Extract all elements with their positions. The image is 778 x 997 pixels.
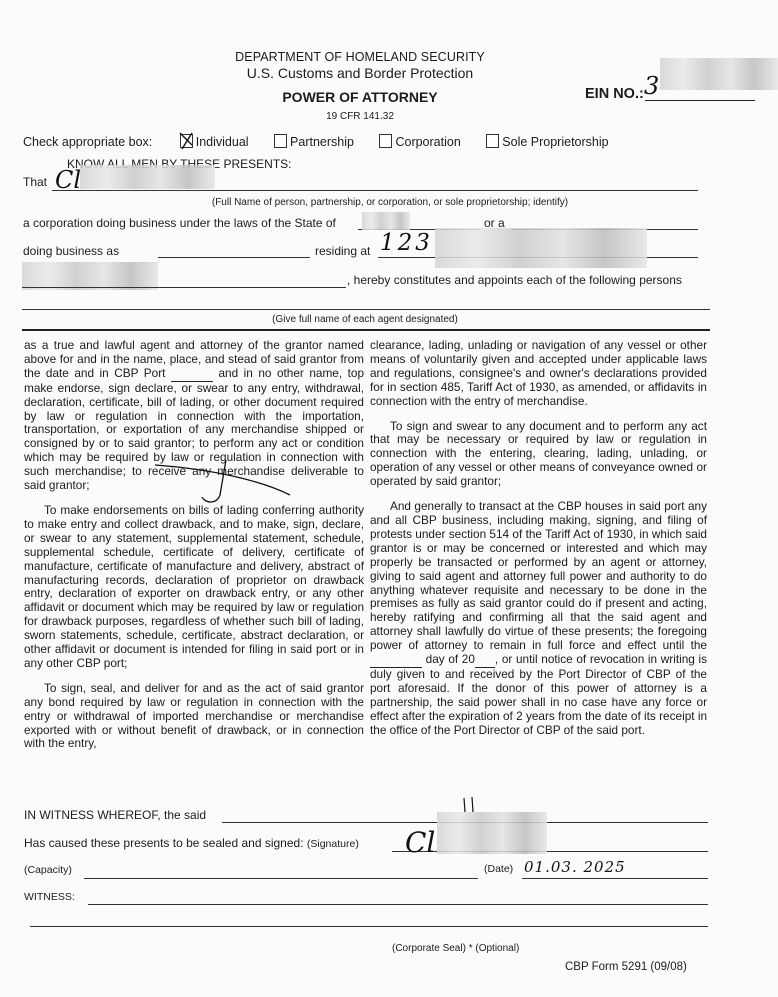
body-right-column: clearance, lading, unlading or navigatio… — [370, 339, 707, 748]
residing-label: residing at — [315, 244, 370, 258]
redacted-signature — [437, 812, 547, 854]
signature-flourish — [460, 796, 480, 814]
clause-general: And generally to transact at the CBP hou… — [370, 500, 707, 737]
agency-name: U.S. Customs and Border Protection — [0, 65, 720, 81]
ein-label: EIN NO.: — [585, 86, 644, 102]
redacted-grantor-name — [80, 165, 215, 189]
signature-handwritten: Cl — [405, 826, 435, 859]
ein-field[interactable] — [645, 100, 755, 101]
capacity-field[interactable] — [84, 878, 478, 879]
corporate-seal-note: (Corporate Seal) * (Optional) — [392, 943, 519, 954]
option-individual[interactable]: Individual — [180, 134, 249, 149]
agent-caption: (Give full name of each agent designated… — [0, 314, 730, 325]
body-left-column: as a true and lawful agent and attorney … — [24, 339, 364, 762]
clause-endorsements: To make endorsements on bills of lading … — [24, 504, 364, 671]
clause-declarations: clearance, lading, unlading or navigatio… — [370, 339, 707, 409]
address-field-2[interactable] — [22, 287, 346, 288]
checkbox-individual[interactable] — [180, 134, 193, 148]
grantor-name-field[interactable] — [52, 190, 698, 191]
expiry-year-field[interactable] — [475, 653, 495, 668]
expiry-day-field[interactable] — [370, 653, 422, 668]
witness-whereof-label: IN WITNESS WHEREOF, the said — [24, 808, 206, 822]
appoints-text: , hereby constitutes and appoints each o… — [347, 273, 682, 287]
date-field[interactable] — [522, 878, 708, 879]
sealed-signed-label: Has caused these presents to be sealed a… — [24, 836, 359, 850]
option-sole-proprietorship[interactable]: Sole Proprietorship — [486, 134, 608, 149]
clause-bonds: To sign, seal, and deliver for and as th… — [24, 682, 364, 752]
checkbox-corporation[interactable] — [379, 134, 392, 148]
redacted-address-cont — [22, 262, 158, 290]
option-partnership[interactable]: Partnership — [274, 134, 354, 149]
cbp-port-field[interactable] — [171, 367, 213, 382]
checkbox-sole-proprietorship[interactable] — [486, 134, 499, 148]
redacted-ein — [660, 58, 778, 90]
state-label: a corporation doing business under the l… — [23, 216, 336, 230]
dba-label: doing business as — [23, 244, 119, 258]
agent-names-field[interactable] — [22, 309, 710, 310]
grantor-name-handwritten: Cl — [55, 166, 81, 194]
check-x-icon — [179, 132, 194, 150]
date-handwritten: 01.03. 2025 — [524, 858, 626, 876]
option-corporation[interactable]: Corporation — [379, 134, 460, 149]
form-number: CBP Form 5291 (09/08) — [565, 961, 687, 973]
pen-stroke-mark — [150, 455, 310, 525]
section-divider — [22, 329, 710, 331]
clause-sign-swear: To sign and swear to any document and to… — [370, 420, 707, 490]
date-label: (Date) — [484, 863, 513, 875]
checkbox-partnership[interactable] — [274, 134, 287, 148]
that-label: That — [23, 175, 47, 189]
address-handwritten: 123 — [380, 230, 433, 256]
witness-field-1[interactable] — [88, 904, 708, 905]
capacity-label: (Capacity) — [24, 864, 72, 876]
witness-label: WITNESS: — [24, 891, 75, 903]
redacted-address — [435, 228, 647, 268]
grantor-name-caption: (Full Name of person, partnership, or co… — [0, 197, 778, 208]
entity-type-label: Check appropriate box: — [23, 135, 152, 149]
dba-field[interactable] — [158, 257, 310, 258]
entity-type-row: Check appropriate box: Individual Partne… — [23, 134, 609, 149]
witness-field-2[interactable] — [30, 926, 708, 927]
redacted-state — [362, 212, 410, 230]
ein-handwritten-value: 3 — [644, 72, 659, 100]
regulation-ref: 19 CFR 141.32 — [0, 111, 720, 122]
department-name: DEPARTMENT OF HOMELAND SECURITY — [0, 50, 720, 64]
